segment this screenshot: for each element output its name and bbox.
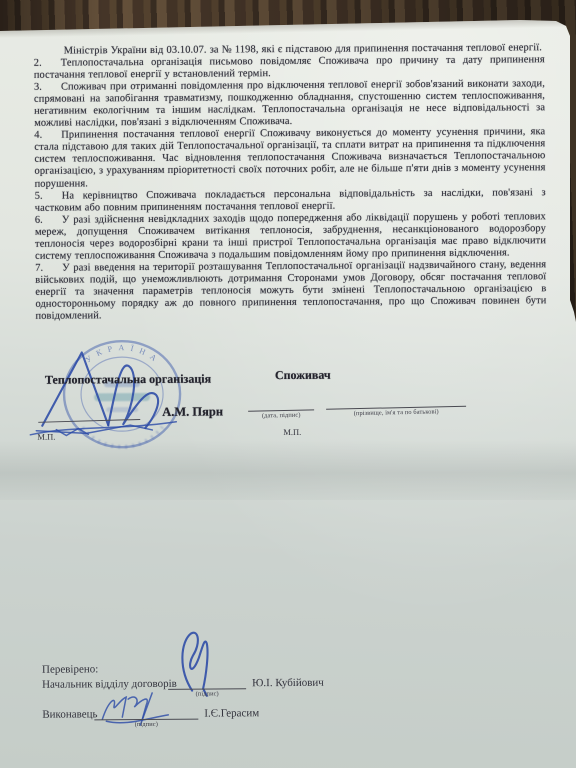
clause-text: У разі здійснення невідкладних заходів щ… bbox=[35, 211, 546, 262]
consumer-fullname-caption: (прізвище, ім'я та по батькові) bbox=[326, 408, 466, 418]
name-1: Ю.І. Кубійович bbox=[252, 677, 324, 690]
clause-text: Споживач при отриманні повідомлення про … bbox=[34, 78, 545, 129]
contract-body-text: Міністрів України від 03.10.07. за № 119… bbox=[34, 42, 547, 323]
document-photo: Міністрів України від 03.10.07. за № 119… bbox=[0, 0, 576, 768]
clause-number: 5. bbox=[35, 190, 62, 202]
name-2: І.Є.Герасим bbox=[204, 707, 259, 719]
supplier-seal-note: М.П. bbox=[37, 432, 55, 442]
supplier-title: Теплопостачальна організація bbox=[45, 372, 211, 388]
role-1: Начальник відділу договорів bbox=[42, 678, 177, 691]
consumer-title: Споживач bbox=[275, 368, 331, 383]
consumer-date-sign-caption: (дата, підпис) bbox=[248, 411, 314, 419]
supplier-name: А.М. Пярн bbox=[162, 404, 223, 419]
clause-7: 7.У разі введення на території розташува… bbox=[35, 259, 546, 323]
consumer-date-sign-field: (дата, підпис) bbox=[248, 409, 314, 419]
sign-field-2: (підпис) bbox=[94, 709, 198, 729]
clause-number: 4. bbox=[34, 130, 61, 142]
sign-caption-2: (підпис) bbox=[94, 721, 198, 729]
clause-text: На керівництво Споживача покладається пе… bbox=[35, 187, 546, 214]
clause-text: Теплопостачальна організація письмово по… bbox=[34, 54, 545, 81]
clause-4: 4.Припинення постачання теплової енергії… bbox=[34, 127, 545, 191]
clause-6: 6.У разі здійснення невідкладних заходів… bbox=[35, 211, 546, 263]
clause-text: Припинення постачання теплової енергії С… bbox=[34, 127, 545, 190]
consumer-fullname-field: (прізвище, ім'я та по батькові) bbox=[326, 406, 466, 418]
clause-3: 3.Споживач при отриманні повідомлення пр… bbox=[34, 78, 545, 130]
consumer-seal-note: М.П. bbox=[283, 427, 301, 437]
clause-number: 3. bbox=[34, 82, 61, 94]
clause-number: 2. bbox=[34, 58, 61, 70]
supplier-signature bbox=[26, 344, 242, 440]
clause-number: 7. bbox=[35, 262, 62, 274]
role-2: Виконавець bbox=[42, 708, 97, 720]
checked-label: Перевірено: bbox=[42, 663, 98, 675]
clause-text: У разі введення на території розташуванн… bbox=[35, 259, 546, 322]
clause-5: 5.На керівництво Споживача покладається … bbox=[35, 187, 546, 215]
clause-number: 6. bbox=[35, 214, 62, 226]
